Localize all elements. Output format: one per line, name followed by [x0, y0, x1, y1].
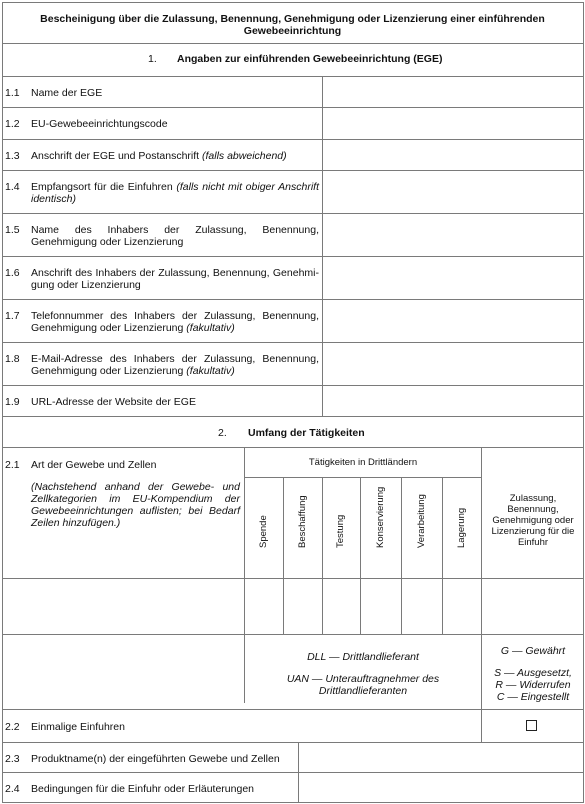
activity-cell-lagerung[interactable] [443, 579, 481, 634]
single-import-checkbox[interactable] [526, 720, 537, 731]
row-label: Produktname(n) der eingeführten Gewebe u… [31, 753, 280, 765]
section1-column-divider [322, 76, 323, 416]
authorization-input[interactable] [482, 579, 582, 634]
activity-header-spende: Spende [258, 515, 269, 548]
activity-cell-verarbeitung[interactable] [402, 579, 442, 634]
border-right [583, 2, 584, 802]
row-label: Name der EGE [31, 87, 319, 99]
activity-header-testung: Testung [335, 515, 346, 548]
row-label-text: EU-Gewebeeinrichtungscode [31, 118, 168, 130]
divider [2, 634, 584, 635]
row-value-input[interactable] [323, 214, 582, 256]
row-note: (Nachstehend anhand der Gewebe- und Zell… [31, 481, 240, 529]
row-number: 1.8 [5, 353, 20, 365]
legend-r: R — Widerrufen [483, 679, 583, 691]
row-value-input[interactable] [323, 171, 582, 213]
row-label-note: (fakultativ) [186, 322, 234, 334]
border-top [2, 2, 584, 3]
divider [244, 447, 245, 703]
row-label: Bedingungen für die Einfuhr oder Erläute… [31, 783, 254, 795]
row-number: 2.1 [5, 459, 20, 471]
row-number: 2.4 [5, 783, 20, 795]
row-number: 1.4 [5, 181, 20, 193]
document-title: Bescheinigung über die Zulassung, Benenn… [20, 13, 565, 37]
row-label: Anschrift des Inhabers der Zulassung, Be… [31, 267, 319, 291]
section1-heading: Angaben zur einführenden Gewebeeinrichtu… [177, 53, 442, 65]
activity-header-beschaffung: Beschaffung [297, 495, 308, 548]
product-names-input[interactable] [299, 743, 582, 771]
border-bottom [2, 802, 584, 803]
row-number: 1.9 [5, 396, 20, 408]
row-value-input[interactable] [323, 77, 582, 107]
row-label-note: (falls abweichend) [202, 150, 287, 162]
row-label: EU-Gewebeeinrichtungscode [31, 118, 319, 130]
row-number: 1.2 [5, 118, 20, 130]
row-label: Name des Inhabers der Zulassung, Benennu… [31, 224, 319, 248]
border-left [2, 2, 3, 802]
row-label-text: Name des Inhabers der Zulassung, Benennu… [31, 224, 319, 248]
divider [2, 416, 584, 417]
section2-heading: Umfang der Tätigkeiten [248, 427, 365, 439]
row-label-text: Anschrift der EGE und Postanschrift [31, 150, 202, 162]
row-label: Empfangsort für die Einfuhren (falls nic… [31, 181, 319, 205]
row-number: 1.7 [5, 310, 20, 322]
row-value-input[interactable] [323, 140, 582, 170]
row-number: 1.1 [5, 87, 20, 99]
divider [2, 447, 584, 448]
activity-header-lagerung: Lagerung [456, 508, 467, 548]
legend-c: C — Eingestellt [483, 691, 583, 703]
row-label-text: Name der EGE [31, 87, 102, 99]
activity-cell-spende[interactable] [245, 579, 283, 634]
row-label: Art der Gewebe und Zellen [31, 459, 157, 471]
row-number: 1.6 [5, 267, 20, 279]
row-value-input[interactable] [323, 257, 582, 299]
row-number: 2.2 [5, 721, 20, 733]
activity-cell-testung[interactable] [323, 579, 360, 634]
legend-uan: UAN — Unterauftragnehmer des Drittlandli… [265, 673, 461, 697]
row-label: URL-Adresse der Website der EGE [31, 396, 319, 408]
row-label-text: E-Mail-Adresse des Inhabers der Zulassun… [31, 353, 319, 377]
row-label: Einmalige Einfuhren [31, 721, 125, 733]
row-value-input[interactable] [323, 386, 582, 416]
row-number: 2.3 [5, 753, 20, 765]
divider [298, 742, 299, 803]
activity-header-verarbeitung: Verarbeitung [416, 494, 427, 548]
row-value-input[interactable] [323, 108, 582, 139]
activities-header: Tätigkeiten in Drittländern [245, 457, 481, 468]
certificate-form: Bescheinigung über die Zulassung, Benenn… [0, 0, 585, 804]
row-number: 1.5 [5, 224, 20, 236]
legend-g: G — Gewährt [483, 645, 583, 657]
divider [2, 709, 584, 710]
activity-header-konservierung: Konservierung [375, 487, 386, 548]
tissue-type-input[interactable] [3, 579, 243, 634]
row-label-text: Telefonnummer des Inhabers der Zulassung… [31, 310, 319, 334]
row-label-text: Anschrift des Inhabers der Zulassung, Be… [31, 267, 319, 291]
row-label-text: URL-Adresse der Website der EGE [31, 396, 196, 408]
section1-number: 1. [148, 53, 157, 65]
legend-dll: DLL — Drittlandlieferant [245, 651, 481, 663]
row-label-text: Empfangsort für die Einfuhren [31, 181, 176, 193]
activity-cell-beschaffung[interactable] [284, 579, 322, 634]
divider [481, 709, 482, 742]
row-value-input[interactable] [323, 300, 582, 342]
import-conditions-input[interactable] [299, 773, 582, 801]
row-label: Telefonnummer des Inhabers der Zulassung… [31, 310, 319, 334]
row-label: Anschrift der EGE und Postanschrift (fal… [31, 150, 319, 162]
divider [244, 477, 482, 478]
row-number: 1.3 [5, 150, 20, 162]
legend-s: S — Ausgesetzt, [483, 667, 583, 679]
divider [2, 43, 584, 44]
authorization-header: Zulassung, Benennung, Genehmigung oder L… [483, 493, 583, 548]
section2-number: 2. [218, 427, 227, 439]
activity-cell-konservierung[interactable] [361, 579, 401, 634]
row-label-note: (fakultativ) [186, 365, 234, 377]
row-value-input[interactable] [323, 343, 582, 385]
row-label: E-Mail-Adresse des Inhabers der Zulassun… [31, 353, 319, 377]
